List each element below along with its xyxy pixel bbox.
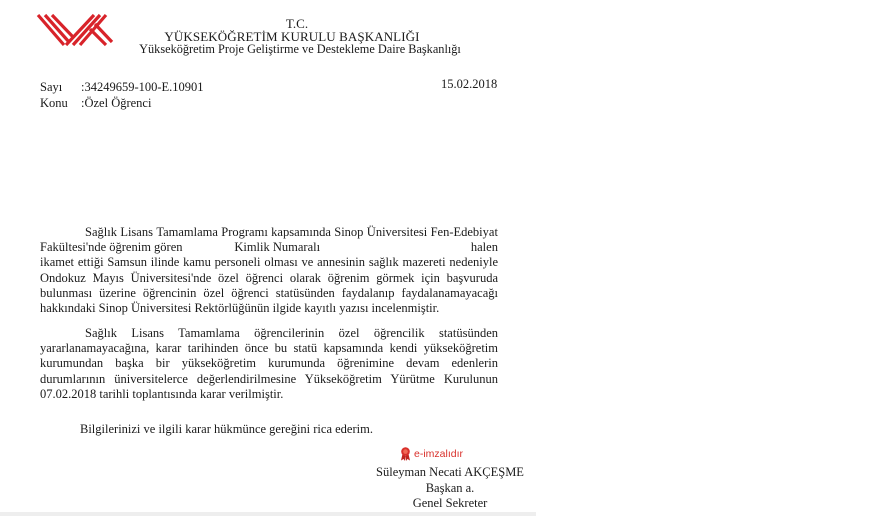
award-ribbon-icon — [400, 447, 411, 461]
word: Tamamlama — [156, 225, 218, 240]
paragraph-1-line-2-start: Fakültesi'nde öğrenim gören — [40, 240, 183, 255]
document-page: T.C. YÜKSEKÖĞRETİM KURULU BAŞKANLIĞI Yük… — [0, 0, 880, 516]
paragraph-1-line-2-end: halen — [471, 240, 498, 255]
paragraph-3: Bilgilerinizi ve ilgili karar hükmünce g… — [80, 422, 500, 437]
e-signature-badge: e-imzalıdır — [400, 447, 463, 461]
paragraph-2: Sağlık Lisans Tamamlama öğrencilerinin ö… — [40, 326, 498, 402]
word: Fen-Edebiyat — [431, 225, 498, 240]
konu-value: :Özel Öğrenci — [81, 96, 151, 111]
signatory-title-1: Başkan a. — [360, 481, 540, 496]
document-date: 15.02.2018 — [441, 77, 497, 92]
header-department: Yükseköğretim Proje Geliştirme ve Destek… — [120, 42, 480, 57]
yok-logo-icon — [36, 12, 114, 48]
paragraph-1-line-1: Sağlık Lisans Tamamlama Programı kapsamı… — [40, 225, 498, 240]
paragraph-2-text: Sağlık Lisans Tamamlama öğrencilerinin ö… — [40, 326, 498, 402]
word: Üniversitesi — [367, 225, 427, 240]
paragraph-1: Sağlık Lisans Tamamlama Programı kapsamı… — [40, 225, 498, 316]
word: Lisans — [120, 225, 153, 240]
redacted-student-name — [213, 240, 214, 255]
sayi-value: :34249659-100-E.10901 — [81, 80, 204, 95]
paragraph-1-line-2: Fakültesi'nde öğrenim gören Kimlik Numar… — [40, 240, 498, 255]
word: kapsamında — [271, 225, 331, 240]
paragraph-3-text: Bilgilerinizi ve ilgili karar hükmünce g… — [80, 422, 500, 437]
paragraph-1-line-2-mid: Kimlik Numaralı — [234, 240, 320, 255]
bottom-edge-strip — [0, 512, 536, 516]
word: Sinop — [334, 225, 363, 240]
signatory-title-2: Genel Sekreter — [360, 496, 540, 511]
word: Programı — [221, 225, 268, 240]
paragraph-1-rest: ikamet ettiği Samsun ilinde kamu persone… — [40, 255, 498, 316]
e-signature-label: e-imzalıdır — [414, 448, 463, 460]
signatory-name: Süleyman Necati AKÇEŞME — [360, 465, 540, 480]
konu-label: Konu — [40, 96, 68, 111]
sayi-label: Sayı — [40, 80, 62, 95]
redacted-id-number — [350, 240, 440, 255]
word: Sağlık — [85, 225, 117, 240]
